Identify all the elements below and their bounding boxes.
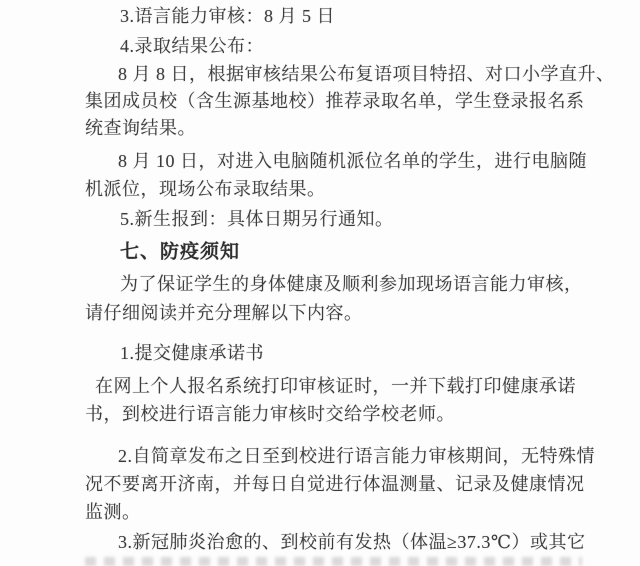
section-heading: 七、防疫须知	[120, 237, 240, 264]
text-line: 4.录取结果公布：	[120, 32, 264, 58]
text-line: 在网上个人报名系统打印审核证时，一并下载打印健康承诺	[95, 372, 576, 398]
text-line: 3.新冠肺炎治愈的、到校前有发热（体温≥37.3℃）或其它	[118, 528, 586, 554]
text-line: 集团成员校（含生源基地校）推荐录取名单，学生登录报名系	[85, 87, 585, 113]
text-line: 书，到校进行语言能力审核时交给学校老师。	[85, 400, 455, 426]
cutoff-text-remnant	[85, 557, 582, 566]
text-line: 请仔细阅读并充分理解以下内容。	[85, 299, 363, 325]
text-line: 为了保证学生的身体健康及顺利参加现场语言能力审核，	[120, 270, 583, 296]
document-page: 3.语言能力审核：8 月 5 日4.录取结果公布：8 月 8 日，根据审核结果公…	[0, 0, 640, 566]
text-line: 8 月 8 日，根据审核结果公布复语项目特招、对口小学直升、	[118, 60, 615, 86]
text-line: 1.提交健康承诺书	[120, 339, 264, 365]
text-line: 机派位，现场公布录取结果。	[85, 175, 326, 201]
text-line: 3.语言能力审核：8 月 5 日	[120, 2, 335, 28]
text-line: 统查询结果。	[85, 114, 196, 140]
text-line: 监测。	[85, 498, 141, 524]
text-line: 况不要离开济南，并每日自觉进行体温测量、记录及健康情况	[85, 470, 585, 496]
text-line: 8 月 10 日，对进入电脑随机派位名单的学生，进行电脑随	[118, 147, 587, 173]
text-line: 2.自简章发布之日至到校进行语言能力审核期间，无特殊情	[118, 442, 595, 468]
text-line: 5.新生报到：具体日期另行通知。	[120, 205, 394, 231]
